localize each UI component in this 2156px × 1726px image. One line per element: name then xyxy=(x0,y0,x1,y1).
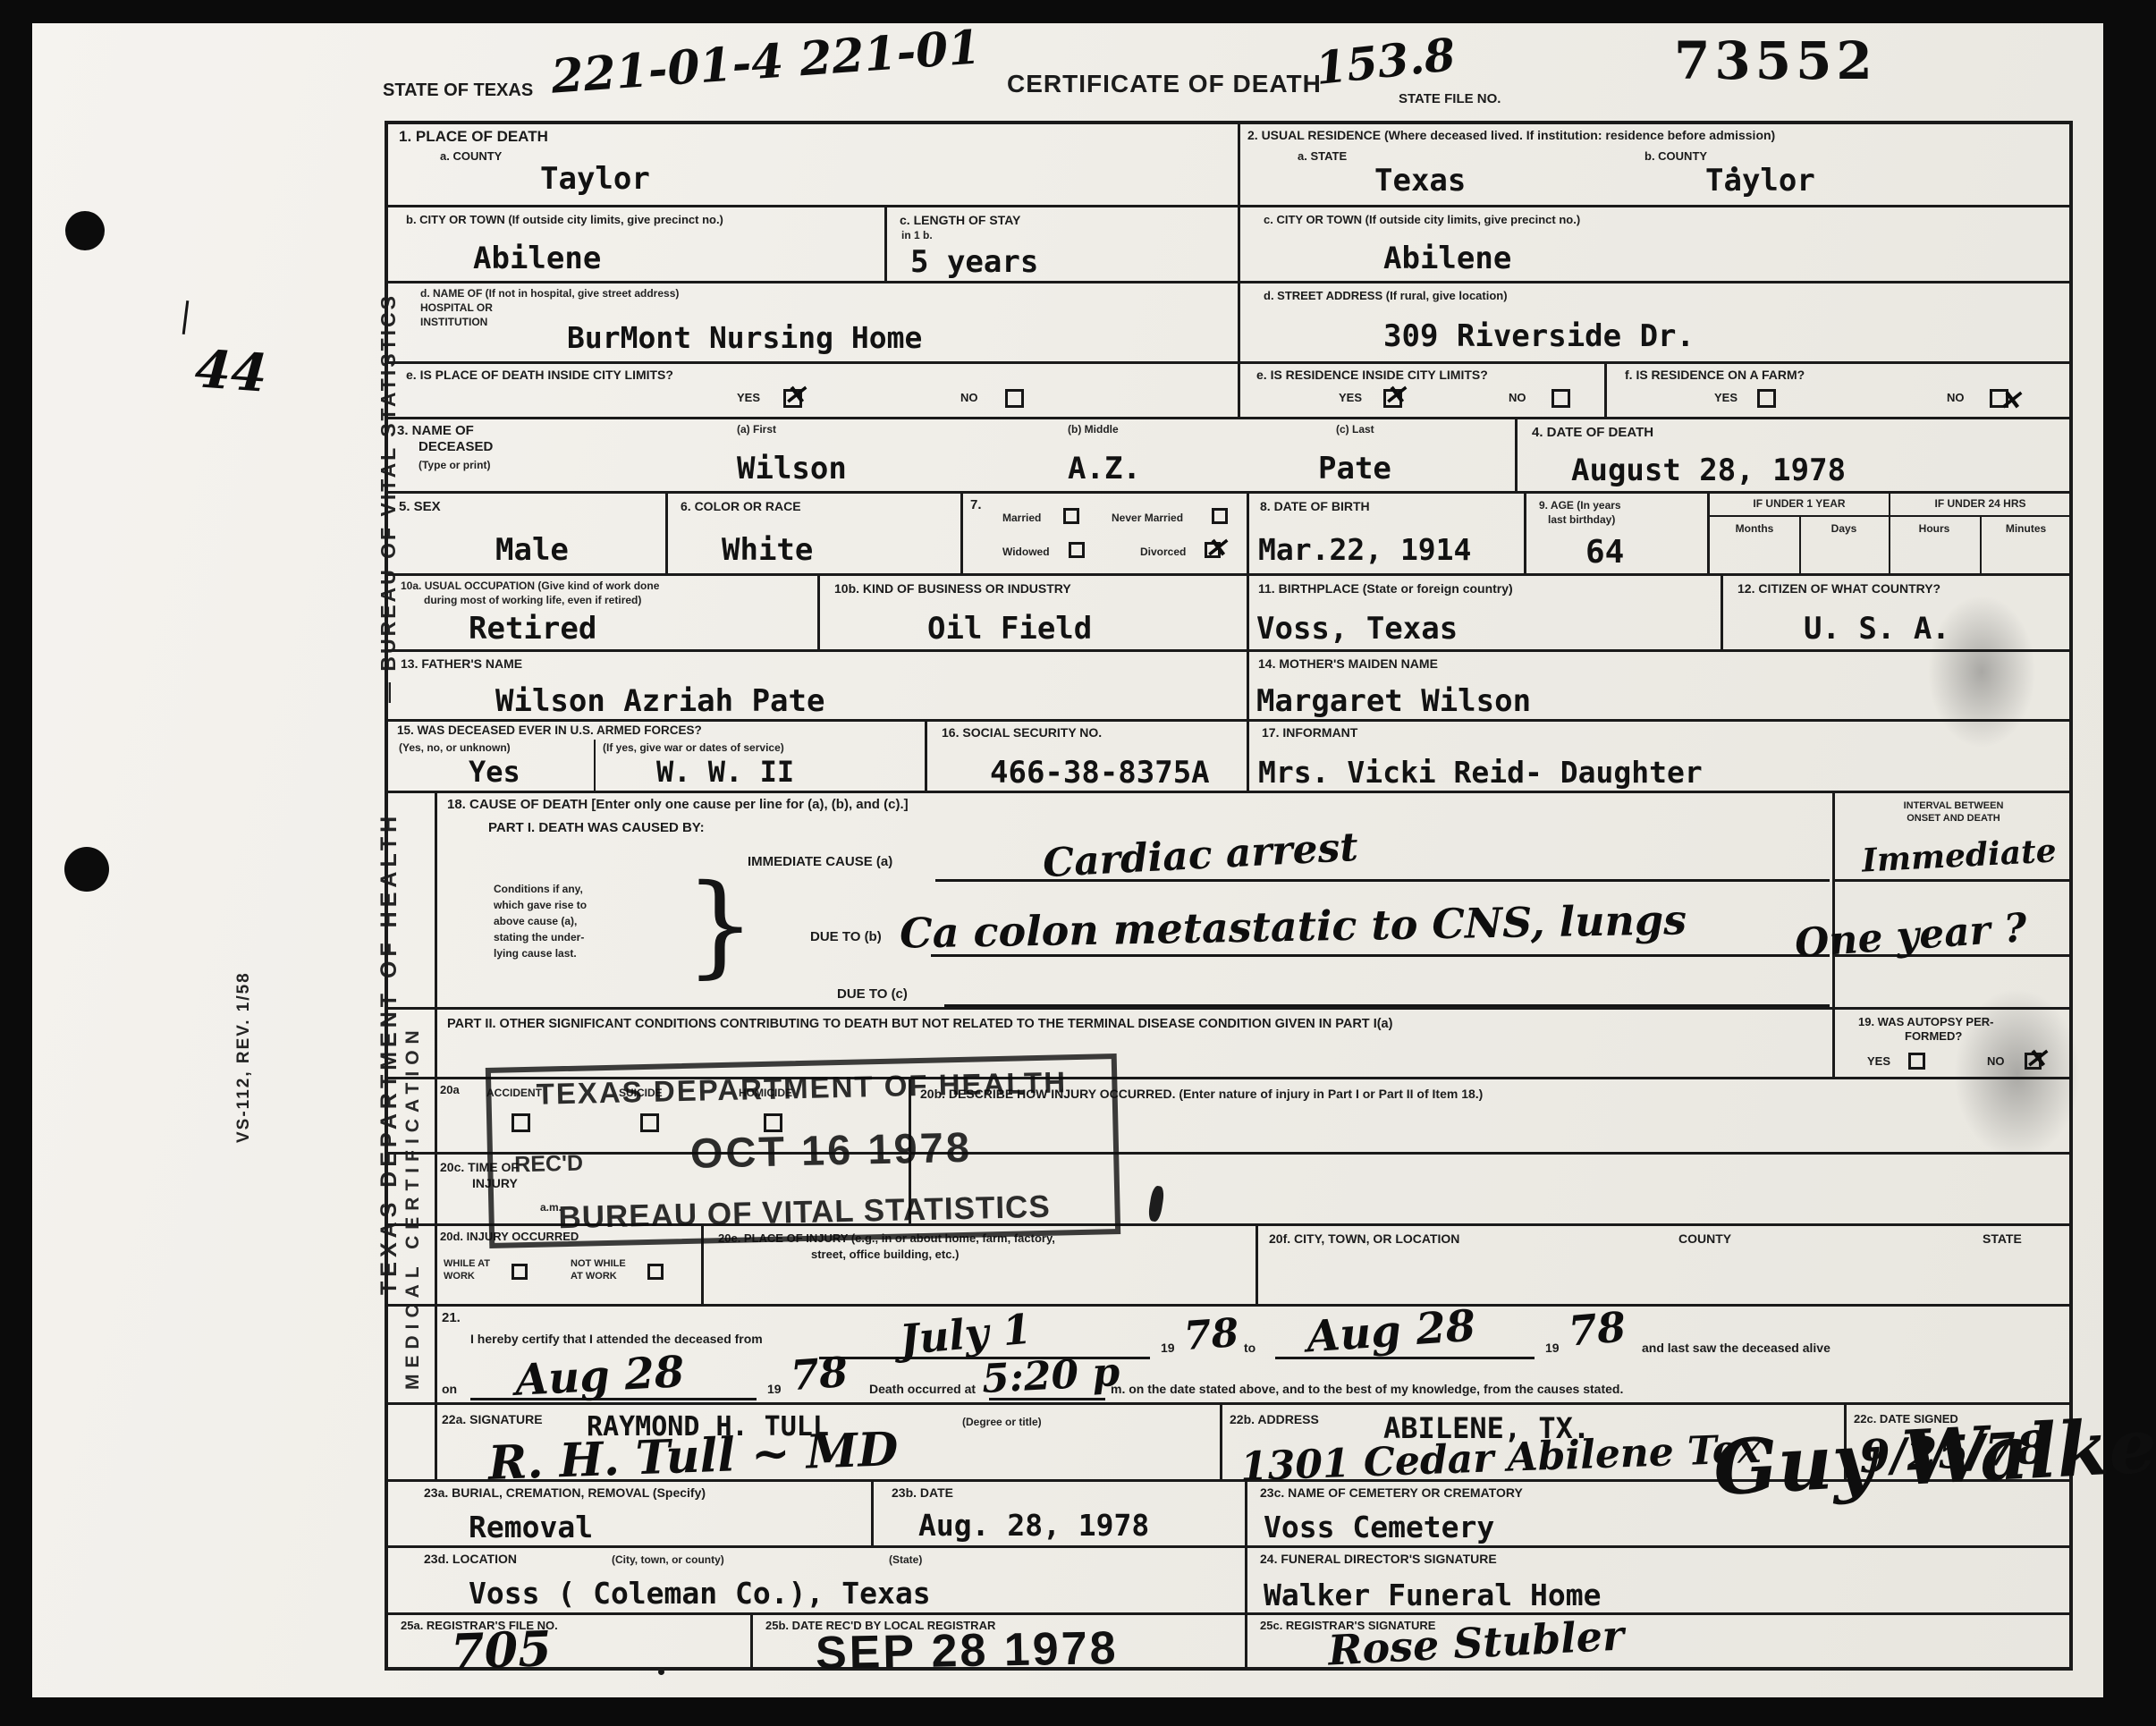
no-label: NO xyxy=(1947,391,1965,405)
residence-city-cell: c. CITY OR TOWN (If outside city limits,… xyxy=(1238,207,2072,281)
hole-punch-top xyxy=(65,211,105,250)
divorced-checkbox: ✕ xyxy=(1205,542,1221,559)
street-address-value: 309 Riverside Dr. xyxy=(1383,321,1695,351)
first-name-value: Wilson xyxy=(737,453,847,484)
row-sex-race-age: 5. SEX Male 6. COLOR OR RACE White 7. Ma… xyxy=(388,491,2069,573)
no-label: NO xyxy=(1987,1054,2005,1069)
physician-signature-script: R. H. Tull ~ MD xyxy=(487,1426,899,1487)
infant-age-cell: IF UNDER 1 YEAR IF UNDER 24 HRS Months D… xyxy=(1707,494,2072,573)
interval-label-1: INTERVAL BETWEEN xyxy=(1835,800,2072,812)
residence-city-limits-yes-checkbox: ✕ xyxy=(1383,389,1402,409)
mother-name-value: Margaret Wilson xyxy=(1256,686,1531,716)
date-of-death-label: 4. DATE OF DEATH xyxy=(1532,425,1653,440)
informant-label: 17. INFORMANT xyxy=(1262,725,1357,740)
certification-cell: 21. I hereby certify that I attended the… xyxy=(435,1307,2069,1402)
row-certification: 21. I hereby certify that I attended the… xyxy=(388,1304,2069,1402)
armed-forces-sublabel: (Yes, no, or unknown) xyxy=(399,741,511,754)
autopsy-no-checkbox: ✕ xyxy=(2025,1053,2042,1070)
last-name-cell: (c) Last Pate xyxy=(1247,419,1515,491)
check-mark-icon: ✕ xyxy=(1999,385,2021,417)
burial-cell: 23a. BURIAL, CREMATION, REMOVAL (Specify… xyxy=(388,1482,871,1545)
funeral-home-value: Walker Funeral Home xyxy=(1264,1580,1602,1610)
residence-farm-no-checkbox: ✕ xyxy=(1990,389,2008,409)
date-of-birth-cell: 8. DATE OF BIRTH Mar.22, 1914 xyxy=(1247,494,1526,573)
not-while-label: NOT WHILE xyxy=(571,1258,626,1270)
never-married-label: Never Married xyxy=(1112,512,1183,524)
if-under-24-hrs-label: IF UNDER 24 HRS xyxy=(1889,497,2072,510)
funeral-director-label: 24. FUNERAL DIRECTOR'S SIGNATURE xyxy=(1260,1552,1497,1566)
residence-county-label: b. COUNTY xyxy=(1644,149,1707,164)
injury-location-cell: 20f. CITY, TOWN, OR LOCATION COUNTY STAT… xyxy=(1256,1226,2072,1304)
months-label: Months xyxy=(1710,522,1799,535)
from-year-value: 78 xyxy=(1183,1314,1240,1357)
ssn-value: 466-38-8375A xyxy=(990,757,1210,788)
sex-label: 5. SEX xyxy=(399,499,441,514)
autopsy-cell: 19. WAS AUTOPSY PER- FORMED? YES NO ✕ xyxy=(1832,1010,2072,1077)
funeral-director-cell: 24. FUNERAL DIRECTOR'S SIGNATURE Walker … xyxy=(1245,1548,2072,1612)
institution-label-1: d. NAME OF (If not in hospital, give str… xyxy=(420,287,679,300)
conditions-note-5: lying cause last. xyxy=(494,947,577,960)
row-armed-forces: 15. WAS DECEASED EVER IN U.S. ARMED FORC… xyxy=(388,719,2069,791)
hole-punch-bottom xyxy=(64,847,109,892)
father-name-cell: 13. FATHER'S NAME Wilson Azriah Pate xyxy=(388,652,1247,719)
name-of-label-1: 3. NAME OF xyxy=(397,423,474,438)
check-mark-icon: ✕ xyxy=(783,380,806,411)
signature-label: 22a. SIGNATURE xyxy=(442,1412,543,1426)
row-name-of-deceased: 3. NAME OF DECEASED (Type or print) (a) … xyxy=(388,417,2069,491)
place-of-death-label: 1. PLACE OF DEATH xyxy=(399,128,548,146)
certify-text-1: I hereby certify that I attended the dec… xyxy=(470,1332,763,1346)
alive-date-value: Aug 28 xyxy=(514,1350,685,1402)
stamp-line-1: TEXAS DEPARTMENT OF HEALTH xyxy=(500,1064,1103,1112)
name-of-label-2: DECEASED xyxy=(419,439,493,454)
race-value: White xyxy=(722,535,813,565)
injury-county-label: COUNTY xyxy=(1678,1231,1731,1246)
age-cell: 9. AGE (In years last birthday) 64 xyxy=(1524,494,1710,573)
certification-number: 21. xyxy=(442,1310,461,1325)
due-to-b-label: DUE TO (b) xyxy=(810,929,882,944)
days-label: Days xyxy=(1799,522,1889,535)
date-of-birth-label: 8. DATE OF BIRTH xyxy=(1260,499,1370,513)
residence-farm-yes-checkbox xyxy=(1757,389,1776,409)
never-married-checkbox xyxy=(1212,508,1228,525)
length-of-stay-label: c. LENGTH OF STAY xyxy=(900,213,1020,229)
autopsy-label-1: 19. WAS AUTOPSY PER- xyxy=(1858,1015,1993,1029)
place-of-injury-label-2: street, office building, etc.) xyxy=(811,1248,959,1262)
injury-state-label: STATE xyxy=(1983,1231,2022,1246)
length-of-stay-value: 5 years xyxy=(910,247,1038,277)
citizen-value: U. S. A. xyxy=(1804,613,1950,644)
minutes-label: Minutes xyxy=(1980,522,2072,535)
length-of-stay-cell: c. LENGTH OF STAY in 1 b. 5 years xyxy=(884,207,1240,281)
length-of-stay-sublabel: in 1 b. xyxy=(901,229,933,241)
war-service-sublabel: (If yes, give war or dates of service) xyxy=(603,741,784,754)
yes-label: YES xyxy=(1867,1054,1890,1069)
row-parents: 13. FATHER'S NAME Wilson Azriah Pate 14.… xyxy=(388,649,2069,719)
ssn-cell: 16. SOCIAL SECURITY NO. 466-38-8375A xyxy=(925,722,1249,791)
work-label: WORK xyxy=(444,1271,475,1282)
infant-header-divider xyxy=(1710,515,2072,517)
row-city-limits: e. IS PLACE OF DEATH INSIDE CITY LIMITS?… xyxy=(388,361,2069,417)
birthplace-label: 11. BIRTHPLACE (State or foreign country… xyxy=(1258,581,1513,597)
residence-city-limits-cell: e. IS RESIDENCE INSIDE CITY LIMITS? YES … xyxy=(1238,364,1607,417)
widowed-checkbox xyxy=(1069,542,1085,559)
name-of-label-3: (Type or print) xyxy=(419,459,490,471)
burial-date-cell: 23b. DATE Aug. 28, 1978 xyxy=(871,1482,1247,1545)
printed-19: 19 xyxy=(767,1382,782,1396)
usual-residence-label: 2. USUAL RESIDENCE (Where deceased lived… xyxy=(1247,128,1775,144)
burial-date-value: Aug. 28, 1978 xyxy=(918,1510,1149,1540)
interval-line xyxy=(1835,879,2072,882)
place-of-death-cell: 1. PLACE OF DEATH a. COUNTY Taylor xyxy=(388,124,1238,205)
city-of-death-label: b. CITY OR TOWN (If outside city limits,… xyxy=(406,213,723,227)
check-mark-icon: ✕ xyxy=(1383,380,1406,411)
age-label-1: 9. AGE (In years xyxy=(1539,499,1621,512)
street-address-label: d. STREET ADDRESS (If rural, give locati… xyxy=(1264,289,1508,303)
physician-signature-cell: 22a. SIGNATURE RAYMOND H. TULL (Degree o… xyxy=(435,1405,1220,1479)
stamp-recd-label: REC'D xyxy=(514,1150,583,1178)
while-at-label: WHILE AT xyxy=(444,1258,490,1270)
row-cause-of-death: 18. CAUSE OF DEATH [Enter only one cause… xyxy=(388,791,2069,1007)
immediate-cause-value: Cardiac arrest xyxy=(1042,828,1359,884)
hours-label: Hours xyxy=(1889,522,1980,535)
residence-city-limits-no-checkbox xyxy=(1551,389,1570,409)
date-received-cell: 25b. DATE REC'D BY LOCAL REGISTRAR SEP 2… xyxy=(750,1615,1247,1667)
conditions-note-2: which gave rise to xyxy=(494,899,587,911)
burial-location-label: 23d. LOCATION xyxy=(424,1552,517,1566)
state-file-number: 73552 xyxy=(1674,30,1877,91)
middle-name-value: A.Z. xyxy=(1068,453,1141,484)
burial-value: Removal xyxy=(469,1512,593,1542)
industry-cell: 10b. KIND OF BUSINESS OR INDUSTRY Oil Fi… xyxy=(817,576,1249,649)
residence-city-value: Abilene xyxy=(1383,243,1511,274)
due-to-b-value: Ca colon metastatic to CNS, lungs xyxy=(900,899,1687,953)
divorced-label: Divorced xyxy=(1140,546,1186,558)
marital-status-cell: 7. Married Never Married Widowed Divorce… xyxy=(960,494,1249,573)
ssn-label: 16. SOCIAL SECURITY NO. xyxy=(942,725,1102,740)
race-label: 6. COLOR OR RACE xyxy=(681,499,801,513)
burial-location-sub-2: (State) xyxy=(889,1553,922,1566)
certificate-page: 44 — BUREAU OF VITAL STATISTICS TEXAS DE… xyxy=(32,23,2103,1697)
married-checkbox xyxy=(1063,508,1079,525)
part1-label: PART I. DEATH WAS CAUSED BY: xyxy=(488,820,705,835)
father-name-label: 13. FATHER'S NAME xyxy=(401,656,522,671)
citizen-label: 12. CITIZEN OF WHAT COUNTRY? xyxy=(1737,581,1940,597)
county-of-death-label: a. COUNTY xyxy=(440,149,502,164)
received-stamp: TEXAS DEPARTMENT OF HEALTH REC'D OCT 16 … xyxy=(486,1053,1120,1248)
armed-forces-label: 15. WAS DECEASED EVER IN U.S. ARMED FORC… xyxy=(397,723,702,739)
cause-of-death-label: 18. CAUSE OF DEATH [Enter only one cause… xyxy=(447,797,909,812)
occupation-label-1: 10a. USUAL OCCUPATION (Give kind of work… xyxy=(401,580,659,592)
on-label: on xyxy=(442,1382,457,1396)
armed-forces-value: Yes xyxy=(469,757,520,786)
residence-city-label: c. CITY OR TOWN (If outside city limits,… xyxy=(1264,213,1580,227)
check-mark-icon: ✕ xyxy=(1205,533,1227,564)
divider xyxy=(594,740,596,791)
death-city-limits-no-checkbox xyxy=(1005,389,1024,409)
race-cell: 6. COLOR OR RACE White xyxy=(665,494,963,573)
burial-date-label: 23b. DATE xyxy=(892,1485,953,1500)
institution-label-3: INSTITUTION xyxy=(420,316,487,328)
certify-text-2: and last saw the deceased alive xyxy=(1642,1341,1830,1355)
residence-farm-label: f. IS RESIDENCE ON A FARM? xyxy=(1625,368,1805,384)
residence-farm-cell: f. IS RESIDENCE ON A FARM? YES NO ✕ xyxy=(1604,364,2072,417)
funeral-director-signature-script: Guy Walker xyxy=(1712,1406,2156,1506)
date-of-death-cell: 4. DATE OF DEATH August 28, 1978 xyxy=(1515,419,2072,491)
yes-label: YES xyxy=(1714,391,1737,405)
cause-of-death-cell: 18. CAUSE OF DEATH [Enter only one cause… xyxy=(435,793,1832,1007)
degree-label: (Degree or title) xyxy=(962,1416,1042,1428)
last-name-value: Pate xyxy=(1318,453,1391,484)
death-occurred-label: Death occurred at xyxy=(869,1382,976,1396)
form-revision-label: VS-112, REV. 1/58 xyxy=(234,971,254,1143)
date-of-birth-value: Mar.22, 1914 xyxy=(1258,535,1471,564)
industry-label: 10b. KIND OF BUSINESS OR INDUSTRY xyxy=(834,581,1071,597)
residence-county-value: Taylor xyxy=(1705,165,1815,196)
middle-name-cell: (b) Middle A.Z. xyxy=(969,419,1247,491)
immediate-cause-label: IMMEDIATE CAUSE (a) xyxy=(748,854,892,869)
interval-a-value: Immediate xyxy=(1861,834,2057,876)
no-label: NO xyxy=(1509,391,1526,405)
printed-19: 19 xyxy=(1545,1341,1560,1355)
birthplace-value: Voss, Texas xyxy=(1256,613,1458,644)
burial-location-sub-1: (City, town, or county) xyxy=(612,1553,724,1566)
age-value: 64 xyxy=(1585,537,1624,569)
death-city-limits-label: e. IS PLACE OF DEATH INSIDE CITY LIMITS? xyxy=(406,368,673,382)
registrar-signature-cell: 25c. REGISTRAR'S SIGNATURE Rose Stubler xyxy=(1245,1615,2072,1667)
yes-label: YES xyxy=(737,391,760,405)
no-label: NO xyxy=(960,391,978,405)
alive-year-value: 78 xyxy=(789,1351,849,1396)
stamp-date: OCT 16 1978 xyxy=(689,1121,972,1177)
conditions-brace: } xyxy=(685,870,756,981)
to-label: to xyxy=(1244,1341,1256,1355)
conditions-note-3: above cause (a), xyxy=(494,915,577,927)
informant-value: Mrs. Vicki Reid- Daughter xyxy=(1258,757,1703,787)
last-name-label: (c) Last xyxy=(1336,423,1374,436)
20a-label: 20a xyxy=(440,1083,460,1097)
death-time-value: 5:20 p xyxy=(981,1353,1120,1400)
burial-location-value: Voss ( Coleman Co.), Texas xyxy=(469,1578,931,1608)
row-place-residence-header: 1. PLACE OF DEATH a. COUNTY Taylor 2. US… xyxy=(388,124,2069,205)
row-location-funeral: 23d. LOCATION (City, town, or county) (S… xyxy=(388,1545,2069,1612)
not-while-at-work-checkbox xyxy=(647,1264,664,1281)
to-date-value: Aug 28 xyxy=(1306,1304,1477,1358)
institution-label-2: HOSPITAL OR xyxy=(420,301,493,314)
interval-label-2: ONSET AND DEATH xyxy=(1835,813,2072,825)
registrar-file-value: 705 xyxy=(450,1624,553,1676)
state-of-texas-label: STATE OF TEXAS xyxy=(383,80,533,101)
occupation-value: Retired xyxy=(469,613,596,644)
informant-cell: 17. INFORMANT Mrs. Vicki Reid- Daughter xyxy=(1247,722,2072,791)
registrar-file-cell: 25a. REGISTRAR'S FILE NO. 705 xyxy=(388,1615,750,1667)
stamp-line-3: BUREAU OF VITAL STATISTICS xyxy=(503,1188,1106,1237)
middle-name-label: (b) Middle xyxy=(1068,423,1119,436)
sex-value: Male xyxy=(495,535,569,565)
to-year-value: 78 xyxy=(1567,1306,1628,1351)
row-city: b. CITY OR TOWN (If outside city limits,… xyxy=(388,205,2069,281)
at-work-label: AT WORK xyxy=(571,1271,617,1282)
mother-name-label: 14. MOTHER'S MAIDEN NAME xyxy=(1258,656,1438,671)
industry-value: Oil Field xyxy=(927,613,1092,644)
row-institution-street: d. NAME OF (If not in hospital, give str… xyxy=(388,281,2069,361)
sex-cell: 5. SEX Male xyxy=(388,494,665,573)
father-name-value: Wilson Azriah Pate xyxy=(495,686,824,716)
autopsy-yes-checkbox xyxy=(1908,1053,1925,1070)
marital-label: 7. xyxy=(970,497,982,512)
residence-state-value: Texas xyxy=(1374,165,1466,196)
conditions-note-4: stating the under- xyxy=(494,931,584,943)
age-label-2: last birthday) xyxy=(1548,513,1615,526)
address-label: 22b. ADDRESS xyxy=(1230,1412,1319,1426)
due-to-c-label: DUE TO (c) xyxy=(837,986,908,1002)
city-of-death-value: Abilene xyxy=(473,243,601,274)
part2-label: PART II. OTHER SIGNIFICANT CONDITIONS CO… xyxy=(447,1017,1392,1032)
row-occupation: 10a. USUAL OCCUPATION (Give kind of work… xyxy=(388,573,2069,649)
injury-city-label: 20f. CITY, TOWN, OR LOCATION xyxy=(1269,1231,1459,1246)
citizen-cell: 12. CITIZEN OF WHAT COUNTRY? U. S. A. xyxy=(1721,576,2072,649)
county-of-death-value: Taylor xyxy=(540,164,650,194)
institution-value: BurMont Nursing Home xyxy=(567,323,922,352)
street-address-cell: d. STREET ADDRESS (If rural, give locati… xyxy=(1238,283,2072,361)
certify-text-4: m. on the date stated above, and to the … xyxy=(1111,1382,1623,1396)
yes-label: YES xyxy=(1339,391,1362,405)
handwritten-code: 153.8 xyxy=(1314,32,1458,91)
printed-19: 19 xyxy=(1161,1341,1175,1355)
birthplace-cell: 11. BIRTHPLACE (State or foreign country… xyxy=(1247,576,1723,649)
city-of-death-cell: b. CITY OR TOWN (If outside city limits,… xyxy=(388,207,884,281)
if-under-1-year-label: IF UNDER 1 YEAR xyxy=(1710,497,1889,510)
occupation-cell: 10a. USUAL OCCUPATION (Give kind of work… xyxy=(388,576,817,649)
residence-city-limits-label: e. IS RESIDENCE INSIDE CITY LIMITS? xyxy=(1256,368,1488,384)
armed-forces-cell: 15. WAS DECEASED EVER IN U.S. ARMED FORC… xyxy=(388,722,925,791)
scanned-death-certificate: 44 — BUREAU OF VITAL STATISTICS TEXAS DE… xyxy=(0,0,2156,1726)
mother-name-cell: 14. MOTHER'S MAIDEN NAME Margaret Wilson xyxy=(1247,652,2072,719)
married-label: Married xyxy=(1002,512,1041,524)
interval-cell: INTERVAL BETWEEN ONSET AND DEATH Immedia… xyxy=(1832,793,2072,1007)
while-at-work-checkbox xyxy=(512,1264,528,1281)
check-mark-icon: ✕ xyxy=(2025,1044,2047,1075)
autopsy-label-2: FORMED? xyxy=(1905,1029,1962,1044)
handwritten-file-codes: 221-01-4 221-01 xyxy=(550,24,982,100)
institution-cell: d. NAME OF (If not in hospital, give str… xyxy=(388,283,1238,361)
margin-pen-stroke xyxy=(182,300,190,334)
widowed-label: Widowed xyxy=(1002,546,1050,558)
usual-residence-cell: 2. USUAL RESIDENCE (Where deceased lived… xyxy=(1238,124,2072,205)
date-received-stamp: SEP 28 1978 xyxy=(816,1621,1120,1680)
burial-location-cell: 23d. LOCATION (City, town, or county) (S… xyxy=(388,1548,1245,1612)
cemetery-value: Voss Cemetery xyxy=(1264,1512,1494,1542)
death-city-limits-cell: e. IS PLACE OF DEATH INSIDE CITY LIMITS?… xyxy=(388,364,1238,417)
certificate-title: CERTIFICATE OF DEATH xyxy=(1007,70,1322,98)
war-service-value: W. W. II xyxy=(656,757,794,786)
residence-state-label: a. STATE xyxy=(1298,149,1347,164)
first-name-cell: (a) First Wilson xyxy=(621,419,969,491)
from-date-value: July 1 xyxy=(898,1308,1033,1361)
margin-handwritten-mark: 44 xyxy=(193,343,269,399)
name-label-cell: 3. NAME OF DECEASED (Type or print) xyxy=(388,419,621,491)
conditions-note-1: Conditions if any, xyxy=(494,883,583,895)
death-city-limits-yes-checkbox: ✕ xyxy=(783,389,802,409)
occupation-label-2: during most of working life, even if ret… xyxy=(424,594,641,606)
row-registrar: 25a. REGISTRAR'S FILE NO. 705 25b. DATE … xyxy=(388,1612,2069,1667)
first-name-label: (a) First xyxy=(737,423,776,436)
date-of-death-value: August 28, 1978 xyxy=(1571,455,1846,486)
state-file-no-label: STATE FILE NO. xyxy=(1399,91,1501,108)
